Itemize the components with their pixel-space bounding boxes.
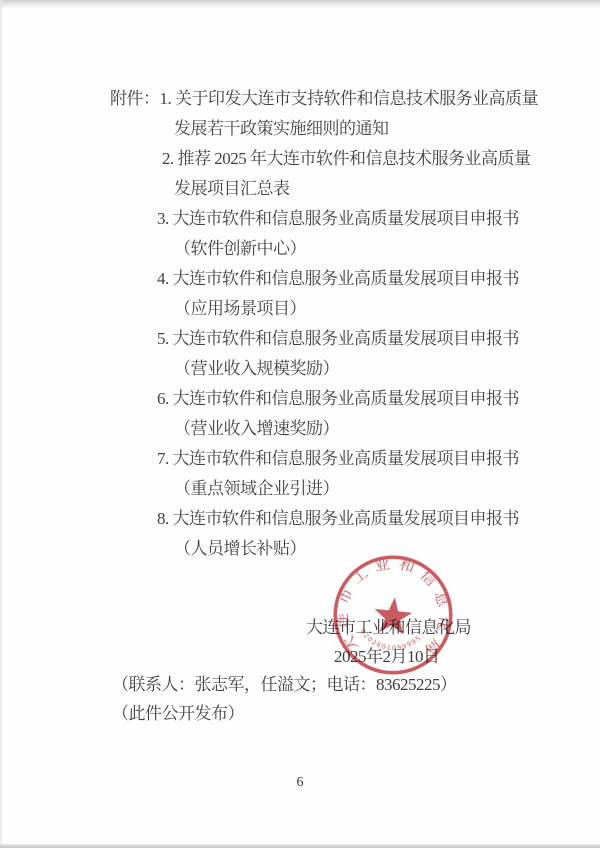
- scanned-document-page: 附件：1. 关于印发大连市支持软件和信息技术服务业高质量 发展若干政策实施细则的…: [0, 0, 600, 848]
- attachment-line: （人员增长补贴）: [0, 534, 600, 564]
- attachment-line: （营业收入规模奖励）: [0, 354, 600, 384]
- attachment-line: 5. 大连市软件和信息服务业高质量发展项目申报书: [0, 324, 600, 354]
- seal-star-icon: [372, 595, 414, 635]
- attachment-line: 2. 推荐 2025 年大连市软件和信息技术服务业高质量: [0, 144, 600, 174]
- attachment-line: （重点领域企业引进）: [0, 474, 600, 504]
- attachment-line: 6. 大连市软件和信息服务业高质量发展项目申报书: [0, 384, 600, 414]
- release-note: （此件公开发布）: [112, 699, 244, 724]
- attachment-line: 发展若干政策实施细则的通知: [0, 114, 600, 144]
- scan-edge-top: [0, 0, 600, 9]
- attachment-line: 附件：1. 关于印发大连市支持软件和信息技术服务业高质量: [0, 84, 600, 114]
- scan-edge-bottom: [0, 844, 600, 848]
- attachment-line: 4. 大连市软件和信息服务业高质量发展项目申报书: [0, 264, 600, 294]
- page-number: 6: [0, 775, 600, 791]
- attachment-line: 7. 大连市软件和信息服务业高质量发展项目申报书: [0, 444, 600, 474]
- attachment-list: 附件：1. 关于印发大连市支持软件和信息技术服务业高质量 发展若干政策实施细则的…: [0, 84, 600, 564]
- attachment-line: 8. 大连市软件和信息服务业高质量发展项目申报书: [0, 504, 600, 534]
- seal-code-text: 0202601099995: [357, 628, 423, 655]
- attachment-line: （软件创新中心）: [0, 234, 600, 264]
- attachment-line: 发展项目汇总表: [0, 174, 600, 204]
- attachment-line: 3. 大连市软件和信息服务业高质量发展项目申报书: [0, 204, 600, 234]
- attachment-line: （营业收入增速奖励）: [0, 414, 600, 444]
- official-seal: 大连市工业和信息化局 0202601099995: [324, 546, 462, 684]
- attachment-line: （应用场景项目）: [0, 294, 600, 324]
